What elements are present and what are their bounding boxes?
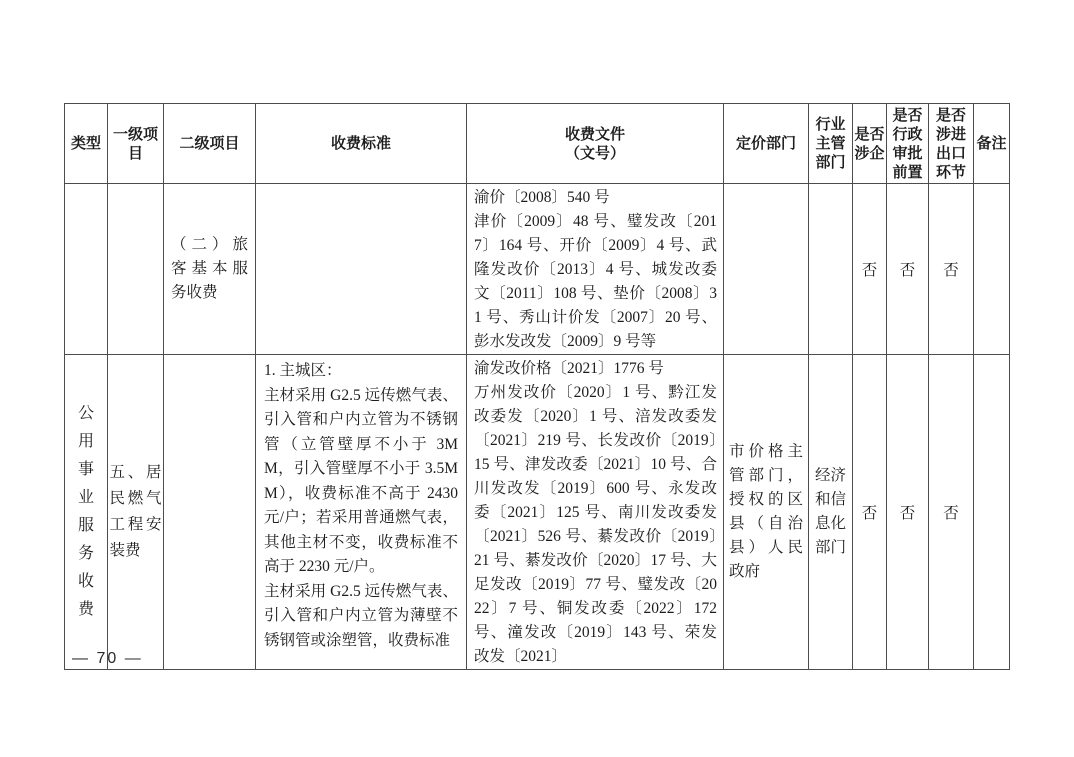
standard-head: 1. 主城区： [264, 359, 458, 384]
cell-pricing-dept [724, 184, 809, 355]
cell-pre-approval: 否 [887, 184, 929, 355]
cell-pricing-dept: 市价格主管部门，授权的区县（自治县）人民政府 [724, 355, 809, 670]
documents-head: 渝发改价格〔2021〕1776 号 [474, 357, 717, 381]
cell-type: 公用事业服务收费 [65, 355, 108, 670]
cell-type [65, 184, 108, 355]
cell-level2: （二）旅客基本服务收费 [164, 184, 256, 355]
cell-documents: 渝价〔2008〕540 号 津价〔2009〕48 号、璧发改〔2017〕164 … [467, 184, 724, 355]
col-header-involves-enterprise: 是否涉企 [853, 104, 887, 184]
standard-paragraph-2: 主材采用 G2.5 远传燃气表、引入管和户内立管为薄壁不锈钢管或涂塑管，收费标准 [264, 580, 458, 654]
cell-involves-enterprise: 否 [853, 355, 887, 670]
col-header-pricing-dept: 定价部门 [724, 104, 809, 184]
col-header-standard: 收费标准 [256, 104, 467, 184]
col-header-level2: 二级项目 [164, 104, 256, 184]
standard-paragraph-1: 主材采用 G2.5 远传燃气表、引入管和户内立管为不锈钢管（立管壁厚不小于 3M… [264, 384, 458, 580]
cell-remarks [974, 355, 1010, 670]
cell-standard: 1. 主城区： 主材采用 G2.5 远传燃气表、引入管和户内立管为不锈钢管（立管… [256, 355, 467, 670]
col-header-documents-line2: （文号） [468, 144, 722, 163]
document-page: 类型 一级项目 二级项目 收费标准 收费文件 （文号） 定价部门 行业主管部门 … [0, 0, 1074, 757]
documents-head: 渝价〔2008〕540 号 [474, 186, 717, 210]
level2-text: （二）旅客基本服务收费 [164, 231, 255, 307]
cell-remarks [974, 184, 1010, 355]
page-number: — 70 — [72, 650, 143, 668]
table-row: 公用事业服务收费 五、居民燃气工程安装费 1. 主城区： 主材采用 G2.5 远… [65, 355, 1010, 670]
cell-pre-approval: 否 [887, 355, 929, 670]
cell-level2 [164, 355, 256, 670]
table-header-row: 类型 一级项目 二级项目 收费标准 收费文件 （文号） 定价部门 行业主管部门 … [65, 104, 1010, 184]
col-header-pre-approval: 是否行政审批前置 [887, 104, 929, 184]
cell-import-export: 否 [929, 184, 974, 355]
cell-import-export: 否 [929, 355, 974, 670]
type-text: 公用事业服务收费 [77, 400, 95, 624]
fee-schedule-table: 类型 一级项目 二级项目 收费标准 收费文件 （文号） 定价部门 行业主管部门 … [64, 103, 1010, 670]
cell-level1: 五、居民燃气工程安装费 [108, 355, 164, 670]
col-header-documents: 收费文件 （文号） [467, 104, 724, 184]
cell-level1 [108, 184, 164, 355]
cell-industry-dept: 经济和信息化部门 [809, 355, 853, 670]
pricing-dept-text: 市价格主管部门，授权的区县（自治县）人民政府 [724, 438, 808, 586]
col-header-documents-line1: 收费文件 [468, 125, 722, 144]
col-header-remarks: 备注 [974, 104, 1010, 184]
col-header-industry-dept: 行业主管部门 [809, 104, 853, 184]
documents-body: 津价〔2009〕48 号、璧发改〔2017〕164 号、开价〔2009〕4 号、… [474, 210, 717, 354]
level1-text: 五、居民燃气工程安装费 [110, 460, 162, 564]
col-header-import-export: 是否涉进出口环节 [929, 104, 974, 184]
table-row: （二）旅客基本服务收费 渝价〔2008〕540 号 津价〔2009〕48 号、璧… [65, 184, 1010, 355]
industry-dept-text: 经济和信息化部门 [809, 462, 852, 562]
cell-standard [256, 184, 467, 355]
documents-body: 万州发改价〔2020〕1 号、黔江发改委发〔2020〕1 号、涪发改委发〔202… [474, 381, 717, 669]
cell-documents: 渝发改价格〔2021〕1776 号 万州发改价〔2020〕1 号、黔江发改委发〔… [467, 355, 724, 670]
col-header-level1: 一级项目 [108, 104, 164, 184]
cell-involves-enterprise: 否 [853, 184, 887, 355]
cell-industry-dept [809, 184, 853, 355]
col-header-type: 类型 [65, 104, 108, 184]
